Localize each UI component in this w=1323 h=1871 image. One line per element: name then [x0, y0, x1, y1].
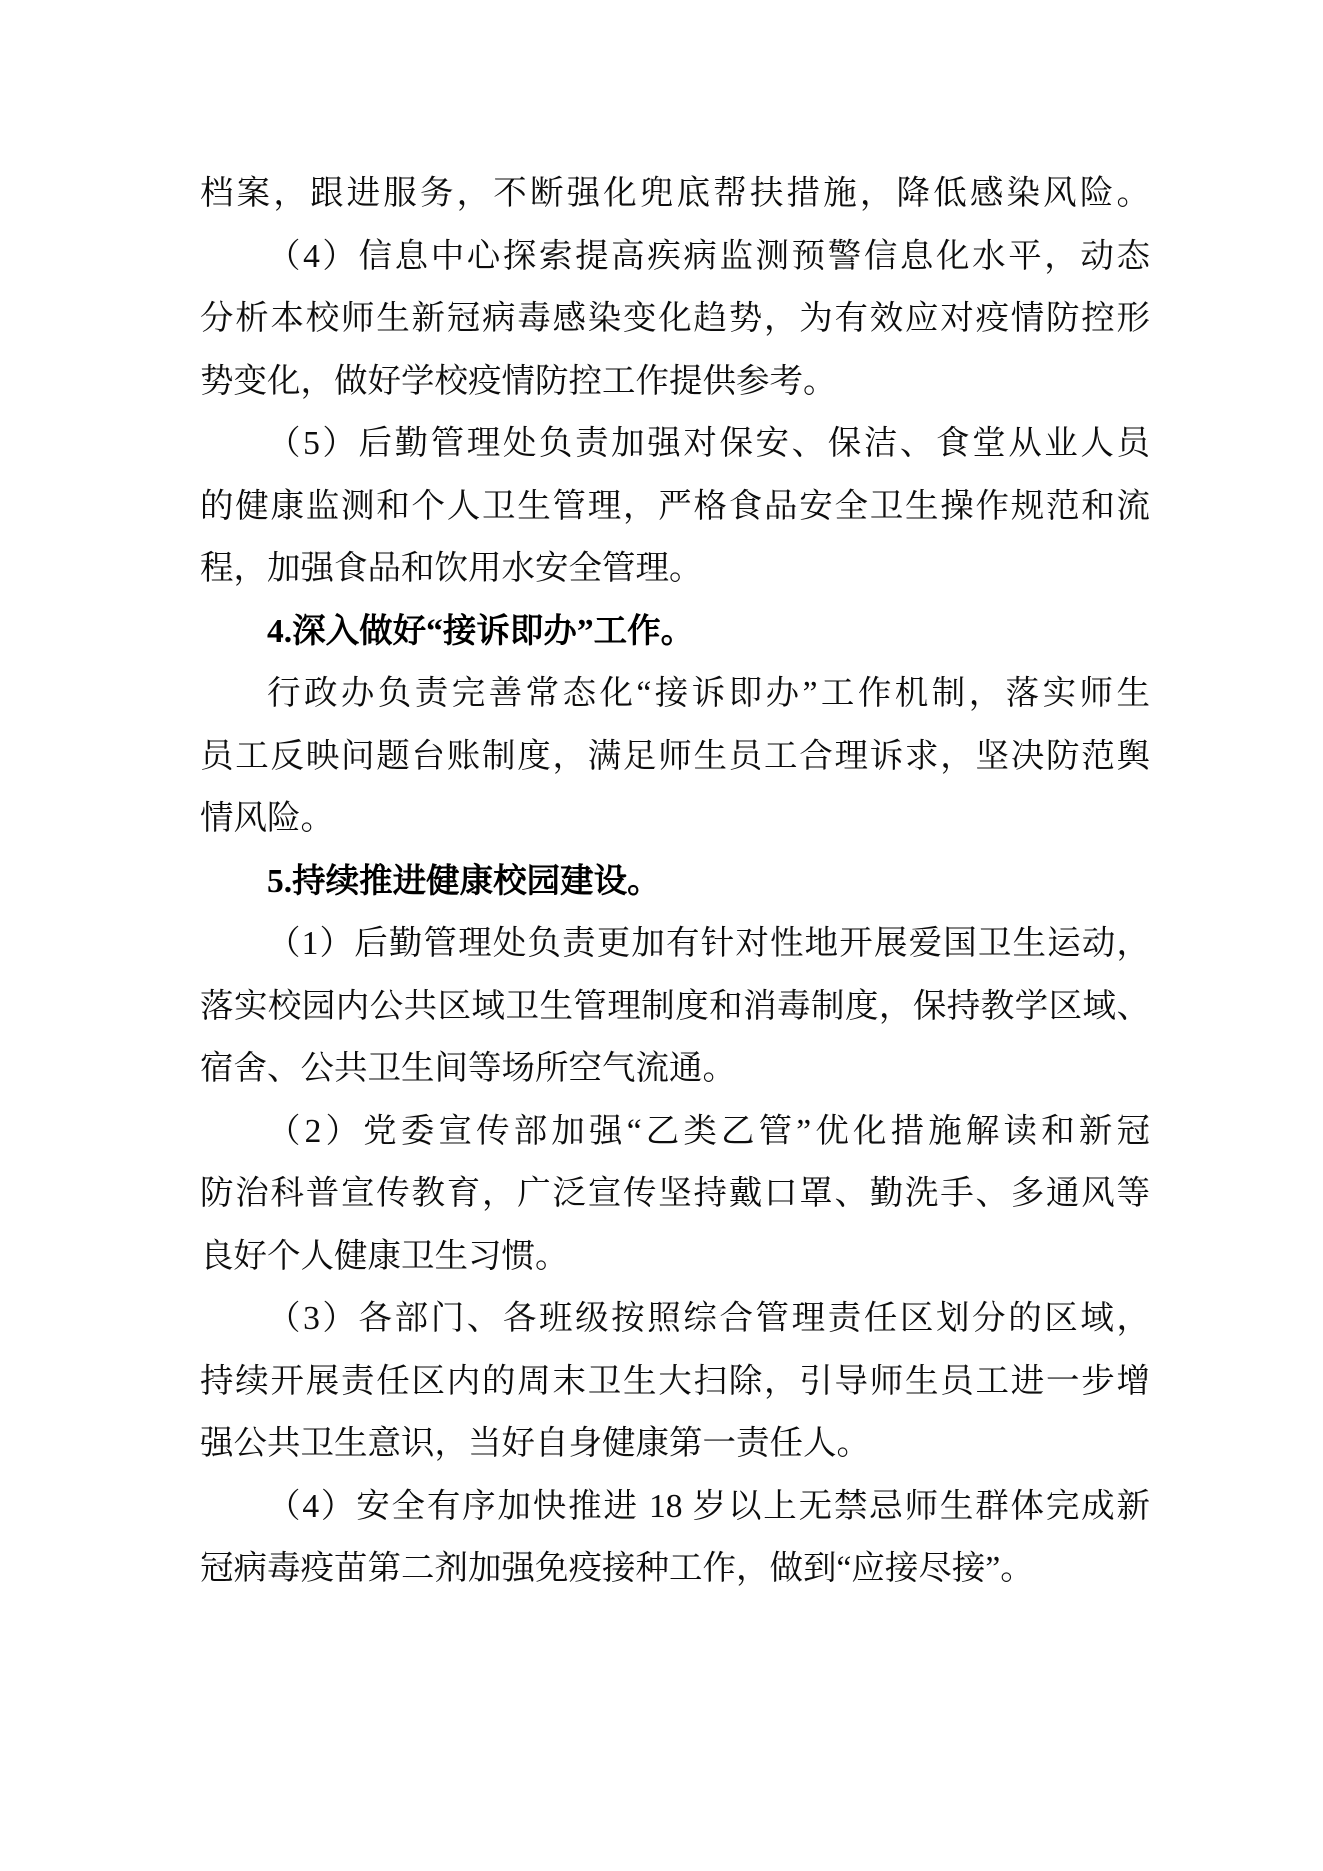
body-line: （2）党委宣传部加强“乙类乙管”优化措施解读和新冠	[200, 1101, 1150, 1164]
body-line: 分析本校师生新冠病毒感染变化趋势，为有效应对疫情防控形	[200, 288, 1150, 351]
body-line: 的健康监测和个人卫生管理，严格食品安全卫生操作规范和流	[200, 476, 1150, 539]
body-line: 势变化，做好学校疫情防控工作提供参考。	[200, 351, 1150, 414]
body-line: 程，加强食品和饮用水安全管理。	[200, 538, 1150, 601]
body-line: （4）信息中心探索提高疾病监测预警信息化水平，动态	[200, 226, 1150, 289]
body-line: 情风险。	[200, 788, 1150, 851]
body-line: 防治科普宣传教育，广泛宣传坚持戴口罩、勤洗手、多通风等	[200, 1163, 1150, 1226]
body-line: 档案，跟进服务，不断强化兜底帮扶措施，降低感染风险。	[200, 163, 1150, 226]
document-body: 档案，跟进服务，不断强化兜底帮扶措施，降低感染风险。 （4）信息中心探索提高疾病…	[200, 163, 1150, 1601]
body-line: 持续开展责任区内的周末卫生大扫除，引导师生员工进一步增	[200, 1351, 1150, 1414]
body-line: 良好个人健康卫生习惯。	[200, 1226, 1150, 1289]
body-line: （3）各部门、各班级按照综合管理责任区划分的区域，	[200, 1288, 1150, 1351]
section-heading: 5.持续推进健康校园建设。	[200, 851, 1150, 914]
body-line: （1）后勤管理处负责更加有针对性地开展爱国卫生运动，	[200, 913, 1150, 976]
section-heading: 4.深入做好“接诉即办”工作。	[200, 601, 1150, 664]
body-line: 冠病毒疫苗第二剂加强免疫接种工作，做到“应接尽接”。	[200, 1538, 1150, 1601]
body-line: 宿舍、公共卫生间等场所空气流通。	[200, 1038, 1150, 1101]
body-line: 落实校园内公共区域卫生管理制度和消毒制度，保持教学区域、	[200, 976, 1150, 1039]
body-line: 员工反映问题台账制度，满足师生员工合理诉求，坚决防范舆	[200, 726, 1150, 789]
body-line: 行政办负责完善常态化“接诉即办”工作机制，落实师生	[200, 663, 1150, 726]
body-line: （4）安全有序加快推进 18 岁以上无禁忌师生群体完成新	[200, 1476, 1150, 1539]
document-page: 档案，跟进服务，不断强化兜底帮扶措施，降低感染风险。 （4）信息中心探索提高疾病…	[0, 0, 1323, 1871]
body-line: （5）后勤管理处负责加强对保安、保洁、食堂从业人员	[200, 413, 1150, 476]
body-line: 强公共卫生意识，当好自身健康第一责任人。	[200, 1413, 1150, 1476]
